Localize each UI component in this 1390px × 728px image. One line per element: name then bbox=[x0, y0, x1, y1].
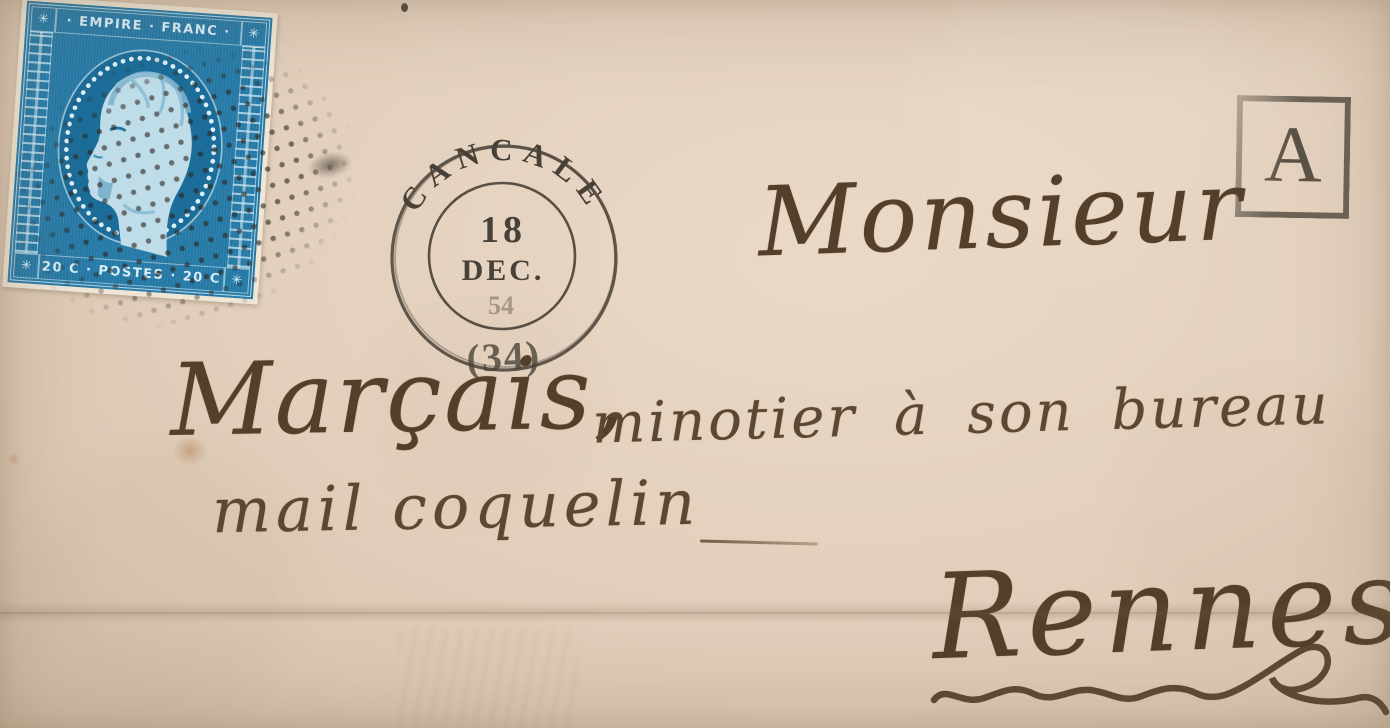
svg-text:CANCALE: CANCALE bbox=[393, 134, 616, 218]
datestamp-day: 18 bbox=[480, 209, 526, 251]
datestamp-year: 54 bbox=[488, 291, 514, 320]
datestamp-town: CANCALE bbox=[393, 134, 616, 218]
addressee-occupation: minotier à son bureau bbox=[591, 372, 1331, 456]
ink-speck bbox=[401, 3, 408, 12]
datestamp-month: DEC. bbox=[462, 254, 545, 287]
address-salutation: Monsieur bbox=[756, 150, 1246, 279]
boxed-a-marking: A bbox=[1235, 95, 1351, 219]
fold-crease-line bbox=[0, 612, 1390, 614]
stamp-corner-star-icon: ✳ bbox=[30, 6, 57, 33]
city-underline-flourish bbox=[928, 638, 1390, 728]
rust-stain bbox=[4, 450, 24, 468]
address-street: mail coquelin bbox=[211, 466, 700, 548]
rust-stain bbox=[166, 430, 214, 472]
letter-cover: · EMPIRE · FRANC · 20 C · POSTES · 20 C … bbox=[0, 0, 1390, 728]
street-tail-stroke bbox=[700, 539, 818, 545]
ink-show-through bbox=[398, 628, 578, 728]
a-marking-letter: A bbox=[1263, 115, 1322, 196]
addressee-name: Marçais, bbox=[169, 334, 628, 459]
